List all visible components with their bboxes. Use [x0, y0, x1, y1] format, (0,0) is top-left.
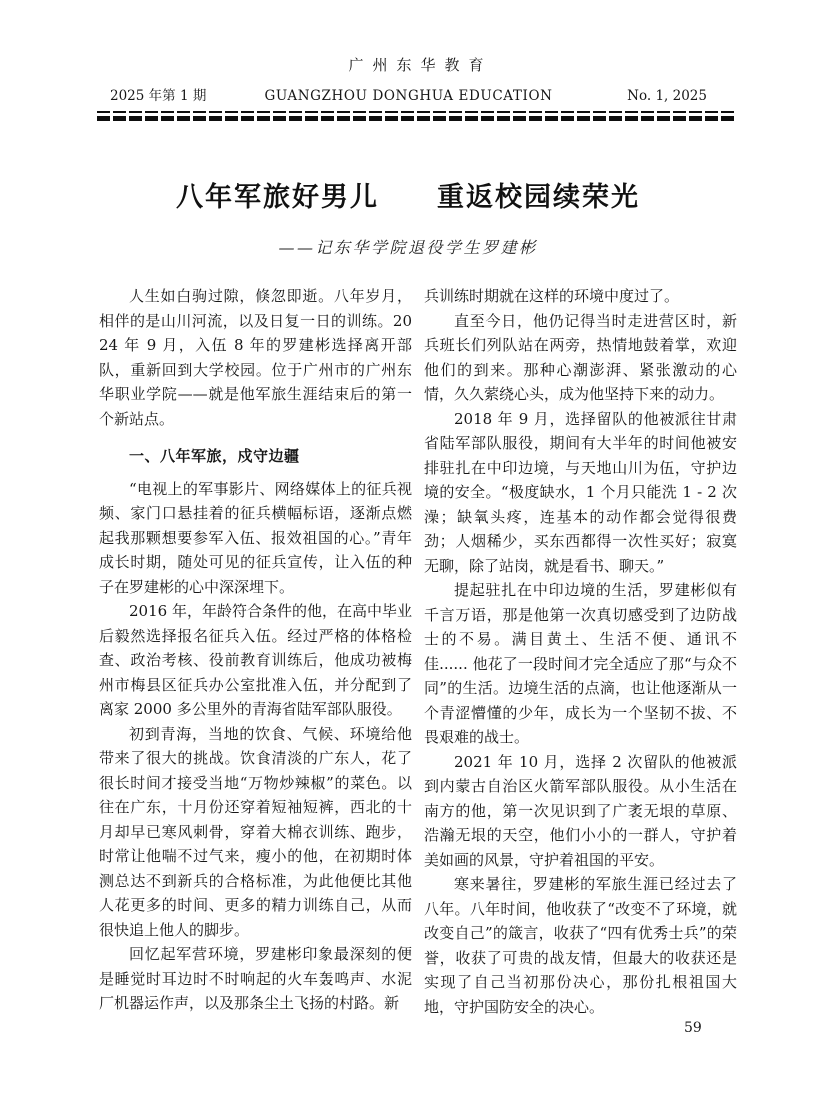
- body-paragraph: 2018 年 9 月，选择留队的他被派往甘肃省陆军部队服役，期间有大半年的时间他…: [424, 407, 737, 579]
- body-paragraph: 回忆起军营环境，罗建彬印象最深刻的便是睡觉时耳边时不时响起的火车轰鸣声、水泥厂机…: [99, 942, 412, 1016]
- header-row: 2025 年第 1 期 GUANGZHOU DONGHUA EDUCATION …: [97, 84, 735, 104]
- divider-rule-thick: [97, 116, 735, 121]
- journal-page: 广州东华教育 2025 年第 1 期 GUANGZHOU DONGHUA EDU…: [0, 0, 816, 1119]
- article-subtitle: ——记东华学院退役学生罗建彬: [0, 235, 816, 258]
- body-paragraph: 初到青海，当地的饮食、气候、环境给他带来了很大的挑战。饮食清淡的广东人，花了很长…: [99, 722, 412, 943]
- journal-name-en: GUANGZHOU DONGHUA EDUCATION: [259, 88, 558, 104]
- article-body: 人生如白驹过隙，倏忽即逝。八年岁月，相伴的是山川河流，以及日复一日的训练。202…: [99, 284, 737, 1019]
- body-paragraph: 人生如白驹过隙，倏忽即逝。八年岁月，相伴的是山川河流，以及日复一日的训练。202…: [99, 284, 412, 431]
- right-column: 兵训练时期就在这样的环境中度过了。 直至今日，他仍记得当时走进营区时，新兵班长们…: [424, 284, 737, 1019]
- body-paragraph: 2021 年 10 月，选择 2 次留队的他被派到内蒙古自治区火箭军部队服役。从…: [424, 750, 737, 873]
- journal-name-cn: 广州东华教育: [97, 54, 735, 75]
- body-paragraph-continuation: 兵训练时期就在这样的环境中度过了。: [424, 284, 737, 309]
- issue-label-cn: 2025 年第 1 期: [97, 84, 259, 104]
- divider-rule-thin: [97, 111, 735, 113]
- page-header: 广州东华教育 2025 年第 1 期 GUANGZHOU DONGHUA EDU…: [97, 54, 735, 121]
- article-title: 八年军旅好男儿 重返校园续荣光: [0, 175, 816, 214]
- section-heading: 一、八年军旅，戍守边疆: [99, 444, 412, 469]
- page-number: 59: [684, 1020, 702, 1036]
- body-paragraph: 提起驻扎在中印边境的生活，罗建彬似有千言万语，那是他第一次真切感受到了边防战士的…: [424, 578, 737, 750]
- issue-number-en: No. 1, 2025: [558, 88, 735, 104]
- body-paragraph: 寒来暑往，罗建彬的军旅生涯已经过去了八年。八年时间，他收获了“改变不了环境，就改…: [424, 872, 737, 1019]
- body-paragraph: 直至今日，他仍记得当时走进营区时，新兵班长们列队站在两旁，热情地鼓着掌，欢迎他们…: [424, 309, 737, 407]
- body-paragraph: 2016 年，年龄符合条件的他，在高中毕业后毅然选择报名征兵入伍。经过严格的体格…: [99, 599, 412, 722]
- body-paragraph: “电视上的军事影片、网络媒体上的征兵视频、家门口悬挂着的征兵横幅标语，逐渐点燃起…: [99, 477, 412, 600]
- left-column: 人生如白驹过隙，倏忽即逝。八年岁月，相伴的是山川河流，以及日复一日的训练。202…: [99, 284, 412, 1019]
